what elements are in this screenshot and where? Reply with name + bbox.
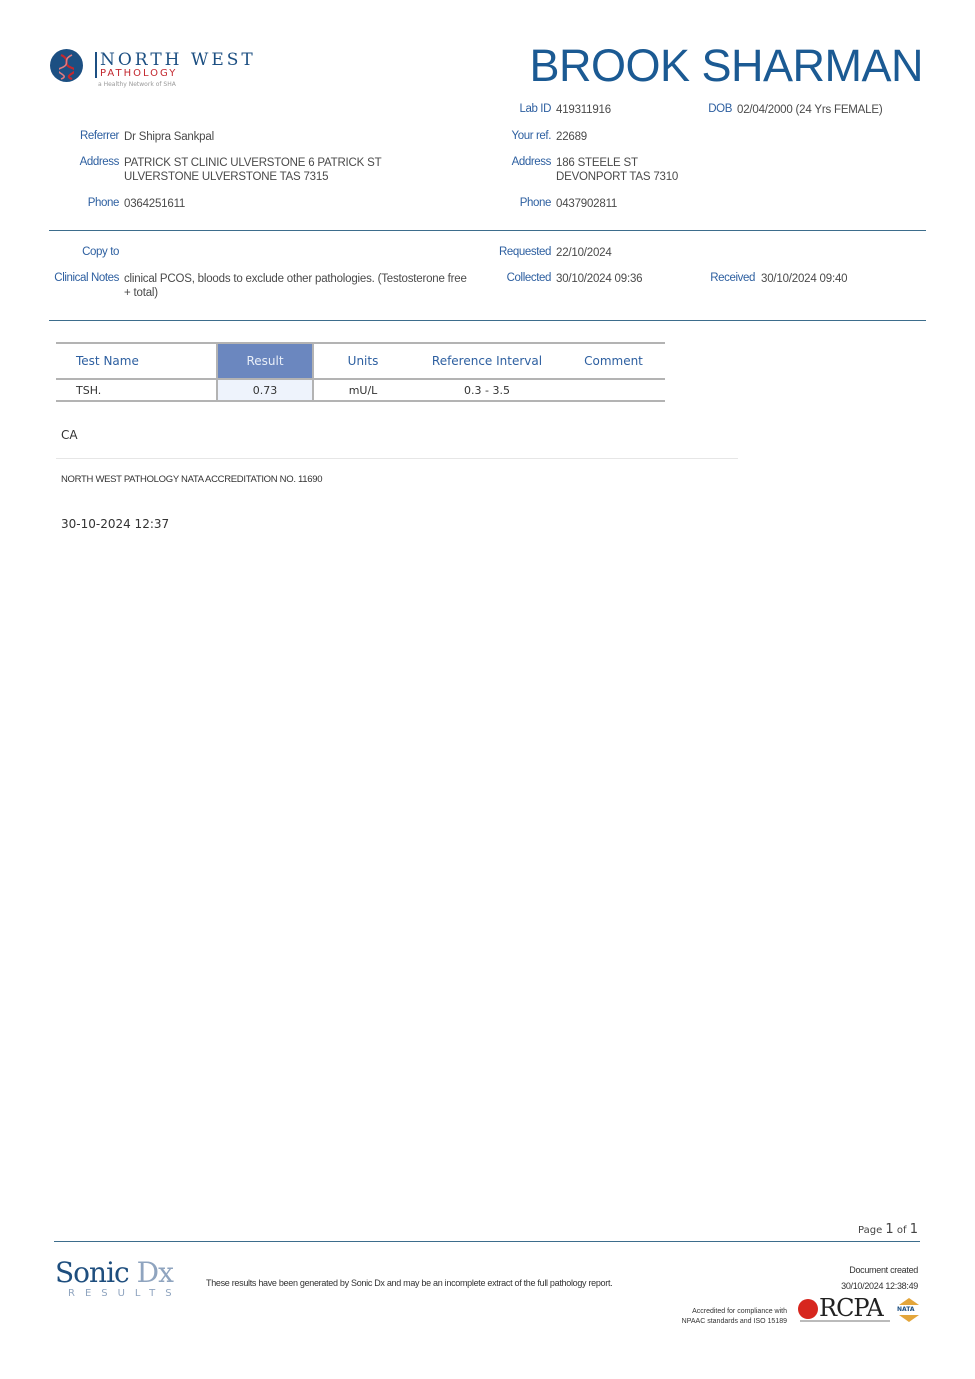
notes-divider	[56, 458, 738, 459]
lab-id-label: Lab ID	[490, 103, 551, 115]
logo-name-line2: PATHOLOGY	[100, 68, 177, 79]
patient-name: BROOK SHARMAN	[529, 40, 923, 92]
document-created: Document created 30/10/2024 12:38:49	[841, 1262, 918, 1294]
results-table: Test Name Result Units Reference Interva…	[56, 342, 665, 402]
comment-cell	[562, 379, 665, 401]
referrer-phone-label: Phone	[40, 197, 119, 209]
document-created-label: Document created	[841, 1262, 918, 1278]
table-row: TSH. 0.73 mU/L 0.3 - 3.5	[56, 379, 665, 401]
patient-address-label: Address	[490, 156, 551, 168]
nata-logo: NATA	[897, 1298, 921, 1324]
logo-name-line1: NORTH WEST	[100, 50, 256, 70]
sonic-word: Sonic	[55, 1256, 129, 1289]
rcpa-text: RCPA	[819, 1294, 883, 1322]
footer-disclaimer: These results have been generated by Son…	[206, 1278, 612, 1288]
copy-to-label: Copy to	[40, 246, 119, 258]
referrer-name: Dr Shipra Sankpal	[124, 130, 214, 144]
author-initials: CA	[61, 428, 78, 442]
document-created-value: 30/10/2024 12:38:49	[841, 1278, 918, 1294]
header-result: Result	[217, 343, 313, 379]
lab-id-value: 419311916	[556, 103, 611, 117]
units-cell: mU/L	[313, 379, 412, 401]
header-comment: Comment	[562, 343, 665, 379]
requested-label: Requested	[470, 246, 551, 258]
section-divider	[49, 320, 926, 321]
logo-divider	[95, 52, 97, 78]
result-cell: 0.73	[217, 379, 313, 401]
patient-phone-label: Phone	[490, 197, 551, 209]
results-header-row: Test Name Result Units Reference Interva…	[56, 343, 665, 379]
report-timestamp: 30-10-2024 12:37	[61, 517, 169, 531]
page-label: Page	[858, 1225, 882, 1236]
referrer-address-label: Address	[40, 156, 119, 168]
dob-value: 02/04/2000 (24 Yrs FEMALE)	[737, 103, 882, 117]
nata-chevron-down-icon	[899, 1315, 919, 1322]
footer-divider	[54, 1241, 920, 1242]
patient-address-line2: DEVONPORT TAS 7310	[556, 170, 678, 184]
section-divider	[49, 230, 926, 231]
referrer-address: PATRICK ST CLINIC ULVERSTONE 6 PATRICK S…	[124, 156, 459, 184]
nata-text: NATA	[897, 1306, 914, 1313]
clinical-notes-label: Clinical Notes	[40, 272, 119, 284]
header-units: Units	[313, 343, 412, 379]
test-name-cell: TSH.	[56, 379, 217, 401]
received-value: 30/10/2024 09:40	[761, 272, 847, 286]
rcpa-subtitle-line	[800, 1320, 890, 1322]
collected-label: Collected	[470, 272, 551, 284]
rcpa-emblem-icon	[798, 1299, 818, 1319]
your-ref-label: Your ref.	[490, 130, 551, 142]
collected-value: 30/10/2024 09:36	[556, 272, 642, 286]
page-of: of	[897, 1225, 907, 1236]
received-label: Received	[690, 272, 755, 284]
referrer-phone-value: 0364251611	[124, 197, 185, 211]
requested-value: 22/10/2024	[556, 246, 612, 260]
sonic-results-word: RESULTS	[55, 1288, 182, 1299]
header-reference-interval: Reference Interval	[412, 343, 562, 379]
referrer-label: Referrer	[40, 130, 119, 142]
patient-phone-value: 0437902811	[556, 197, 617, 211]
accredited-compliance-text: Accredited for compliance with NPAAC sta…	[682, 1307, 787, 1327]
patient-address-line1: 186 STEELE ST	[556, 156, 638, 170]
page-current: 1	[885, 1222, 893, 1237]
accredited-line1: Accredited for compliance with	[682, 1307, 787, 1317]
header-test-name: Test Name	[56, 343, 217, 379]
logo-tagline: a Healthy Network of SHA	[98, 81, 176, 88]
accredited-line2: NPAAC standards and ISO 15189	[682, 1317, 787, 1327]
dna-helix-icon	[50, 49, 83, 82]
dob-label: DOB	[690, 103, 732, 115]
north-west-pathology-logo: NORTH WEST PATHOLOGY a Healthy Network o…	[50, 48, 280, 92]
page-indicator: Page 1 of 1	[858, 1222, 918, 1237]
nata-chevron-up-icon	[899, 1298, 919, 1305]
reference-interval-cell: 0.3 - 3.5	[412, 379, 562, 401]
rcpa-logo: RCPA	[798, 1297, 893, 1327]
your-ref-value: 22689	[556, 130, 587, 144]
clinical-notes-value: clinical PCOS, bloods to exclude other p…	[124, 272, 469, 300]
sonic-dx-word: Dx	[137, 1256, 173, 1289]
page-total: 1	[910, 1222, 918, 1237]
sonic-dx-logo: Sonic Dx RESULTS	[55, 1258, 182, 1299]
accreditation-text: NORTH WEST PATHOLOGY NATA ACCREDITATION …	[61, 474, 322, 485]
